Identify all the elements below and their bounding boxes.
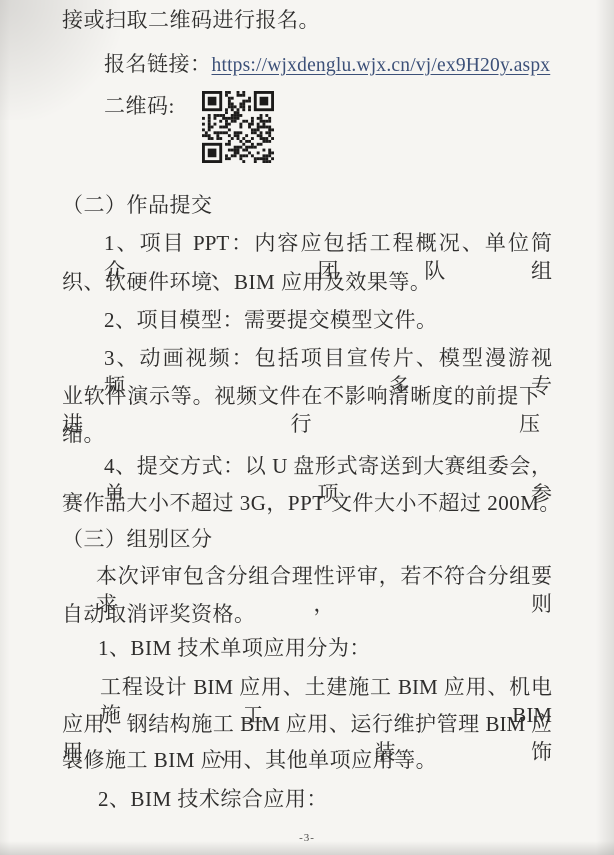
section-2-item-4-line-2: 赛作品大小不超过 3G，PPT 文件大小不超过 200M。 bbox=[62, 489, 561, 517]
scan-shadow-left bbox=[0, 0, 10, 855]
section-3-item-1: 1、BIM 技术单项应用分为： bbox=[98, 634, 371, 662]
registration-qr-code bbox=[202, 91, 274, 163]
qr-code-label: 二维码: bbox=[104, 92, 175, 120]
section-2-heading: （二）作品提交 bbox=[62, 191, 213, 219]
section-3-heading: （三）组别区分 bbox=[62, 525, 213, 553]
footer-page-number: -3- bbox=[0, 832, 614, 844]
section-2-item-3-line-3: 缩。 bbox=[62, 420, 105, 448]
section-2-item-3-line-2: 业软件演示等。视频文件在不影响清晰度的前提下进行压 bbox=[62, 382, 540, 438]
section-3-item-2: 2、BIM 技术综合应用： bbox=[98, 785, 328, 813]
signup-link-label: 报名链接： bbox=[104, 52, 212, 76]
section-3-paragraph-1-line-2: 自动取消评奖资格。 bbox=[62, 600, 256, 628]
section-3-item-1-list-line-3: 装修施工 BIM 应用、其他单项应用等。 bbox=[62, 746, 437, 774]
scan-shadow-right bbox=[596, 0, 614, 855]
scanned-document-page: 接或扫取二维码进行报名。 报名链接：https://wjxdenglu.wjx.… bbox=[0, 0, 614, 855]
section-2-item-2: 2、项目模型：需要提交模型文件。 bbox=[104, 306, 438, 334]
signup-link-url[interactable]: https://wjxdenglu.wjx.cn/vj/ex9H20y.aspx bbox=[212, 55, 551, 76]
section-2-item-1-line-2: 织、软硬件环境、BIM 应用及效果等。 bbox=[62, 268, 431, 296]
signup-link-line: 报名链接：https://wjxdenglu.wjx.cn/vj/ex9H20y… bbox=[104, 50, 550, 80]
paragraph-continuation: 接或扫取二维码进行报名。 bbox=[62, 6, 320, 34]
